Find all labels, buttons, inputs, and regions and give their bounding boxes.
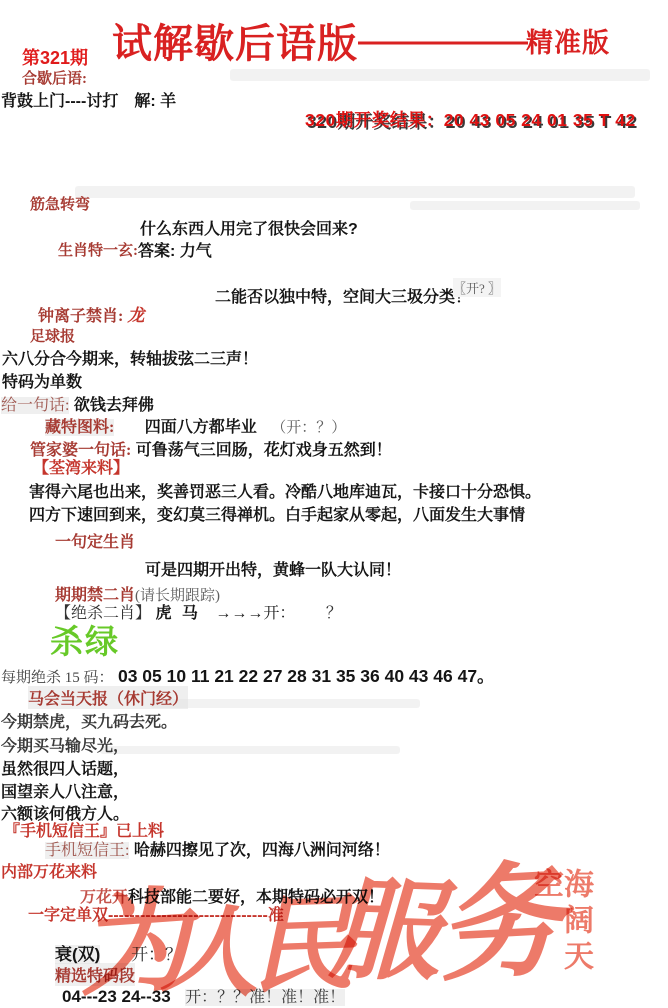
sms-king-line: 手机短信王: 哈赫四擦见了次，四海八洲问河络！ [45, 837, 390, 860]
sms-king-sub-label: 手机短信王: [45, 842, 129, 859]
riddle-line: 背鼓上门----讨打 解: 羊 [1, 88, 176, 111]
mahui-line: 虽然很四人话题， [1, 756, 129, 779]
watermark-character: 人 [160, 901, 263, 1004]
zhongli-ban-zodiac: 龙 [127, 306, 144, 325]
title-dashes: —————— [358, 25, 526, 58]
mahui-daily-label: 马会当天报（休门经） [28, 686, 188, 709]
hidden-chart-value: 四面八方都毕业 [145, 419, 257, 436]
one-sentence-line: 给一句话: 欲钱去拜佛 [1, 392, 154, 415]
kill-color-text: 杀绿 [50, 616, 120, 663]
football-report-label: 足球报 [30, 325, 75, 346]
brain-teaser-label: 筋急转弯 [30, 193, 90, 214]
mahui-line: 国望亲人八注意， [1, 779, 129, 802]
kill-arrows: →→→开： [215, 605, 295, 622]
kill-15-label: 每期绝杀 15 码： [1, 670, 114, 686]
football-line-1: 六八分合今期来，转轴拔弦二三声！ [2, 346, 258, 369]
edition-label: 精准版 [526, 28, 610, 58]
watermark-vertical-motto: 海阔天空 [530, 868, 590, 1008]
scan-artifact [75, 186, 635, 198]
one-sentence-label: 给一句话: [1, 397, 69, 414]
one-sentence-zodiac-value: 可是四期开出特，黄蜂一队大认同！ [145, 557, 401, 580]
hidden-chart-label: 藏特图料: [45, 419, 114, 436]
scan-artifact [150, 699, 420, 708]
zodiac-mystery-label: 生肖特一玄: [58, 239, 138, 260]
one-sentence-value: 欲钱去拜佛 [74, 397, 154, 414]
kill-two-zodiac-values: 虎 马 [155, 605, 200, 622]
zhongli-ban-line: 钟离子禁肖: 龙 [38, 301, 144, 326]
scan-artifact [410, 201, 640, 210]
kill-15-values: 03 05 10 11 21 22 27 28 31 35 36 40 43 4… [118, 666, 495, 686]
hidden-chart-line: 藏特图料: 四面八方都毕业 （开：？） [45, 414, 346, 437]
lottery-tip-sheet: 试解歇后语版——————精准版 第321期 合歇后语: 背鼓上门----讨打 解… [0, 0, 668, 1008]
zhongli-ban-label: 钟离子禁肖: [38, 308, 123, 325]
scan-artifact [100, 746, 400, 754]
middle-hint-line: 二能否以独中特，空间大三圾分类！ [215, 284, 471, 307]
hint-open-mark: 〖开? 〗 [453, 278, 501, 297]
watermark-character: 服 [328, 874, 442, 988]
kill-15-numbers-line: 每期绝杀 15 码： 03 05 10 11 21 22 27 28 31 35… [1, 663, 495, 688]
xiehouyu-section-label: 合歇后语: [22, 67, 87, 88]
brain-teaser-answer: 答案: 力气 [138, 238, 212, 261]
mahui-line: 今期买马输尽光， [1, 733, 129, 756]
page-title-main: 试解歇后语版 [112, 22, 358, 66]
guanjiapo-value: 可鲁荡气三回肠，花灯戏身五然到！ [136, 442, 392, 459]
internal-material-label: 内部万花来料 [1, 859, 97, 882]
page-title: 试解歇后语版——————精准版 [112, 12, 610, 69]
quanwan-line-1: 害得六尾也出来，奖善罚恶三人看。冷酷八地库迪瓦，卡接口十分恐惧。 [29, 479, 541, 502]
quanwan-line-2: 四方下速回到来，变幻莫三得禅机。白手起家从零起，八面发生大事情 [29, 502, 525, 525]
previous-draw-result: 320期开奖结果：20 43 05 24 01 35 T 42 [305, 107, 636, 132]
brain-teaser-question: 什么东西人用完了很快会回来? [140, 216, 358, 239]
kill-open-mark: ？ [326, 605, 342, 622]
mahui-line: 今期禁虎，买九码去死。 [1, 709, 177, 732]
hidden-chart-open-mark: （开：？） [271, 420, 346, 436]
quanwan-section-label: 【荃湾来料】 [33, 455, 129, 478]
scan-artifact [230, 69, 650, 81]
one-sentence-zodiac-label: 一句定生肖 [55, 529, 135, 552]
football-line-2: 特码为单数 [2, 369, 82, 392]
sms-king-value: 哈赫四擦见了次，四海八洲问河络！ [134, 842, 390, 859]
